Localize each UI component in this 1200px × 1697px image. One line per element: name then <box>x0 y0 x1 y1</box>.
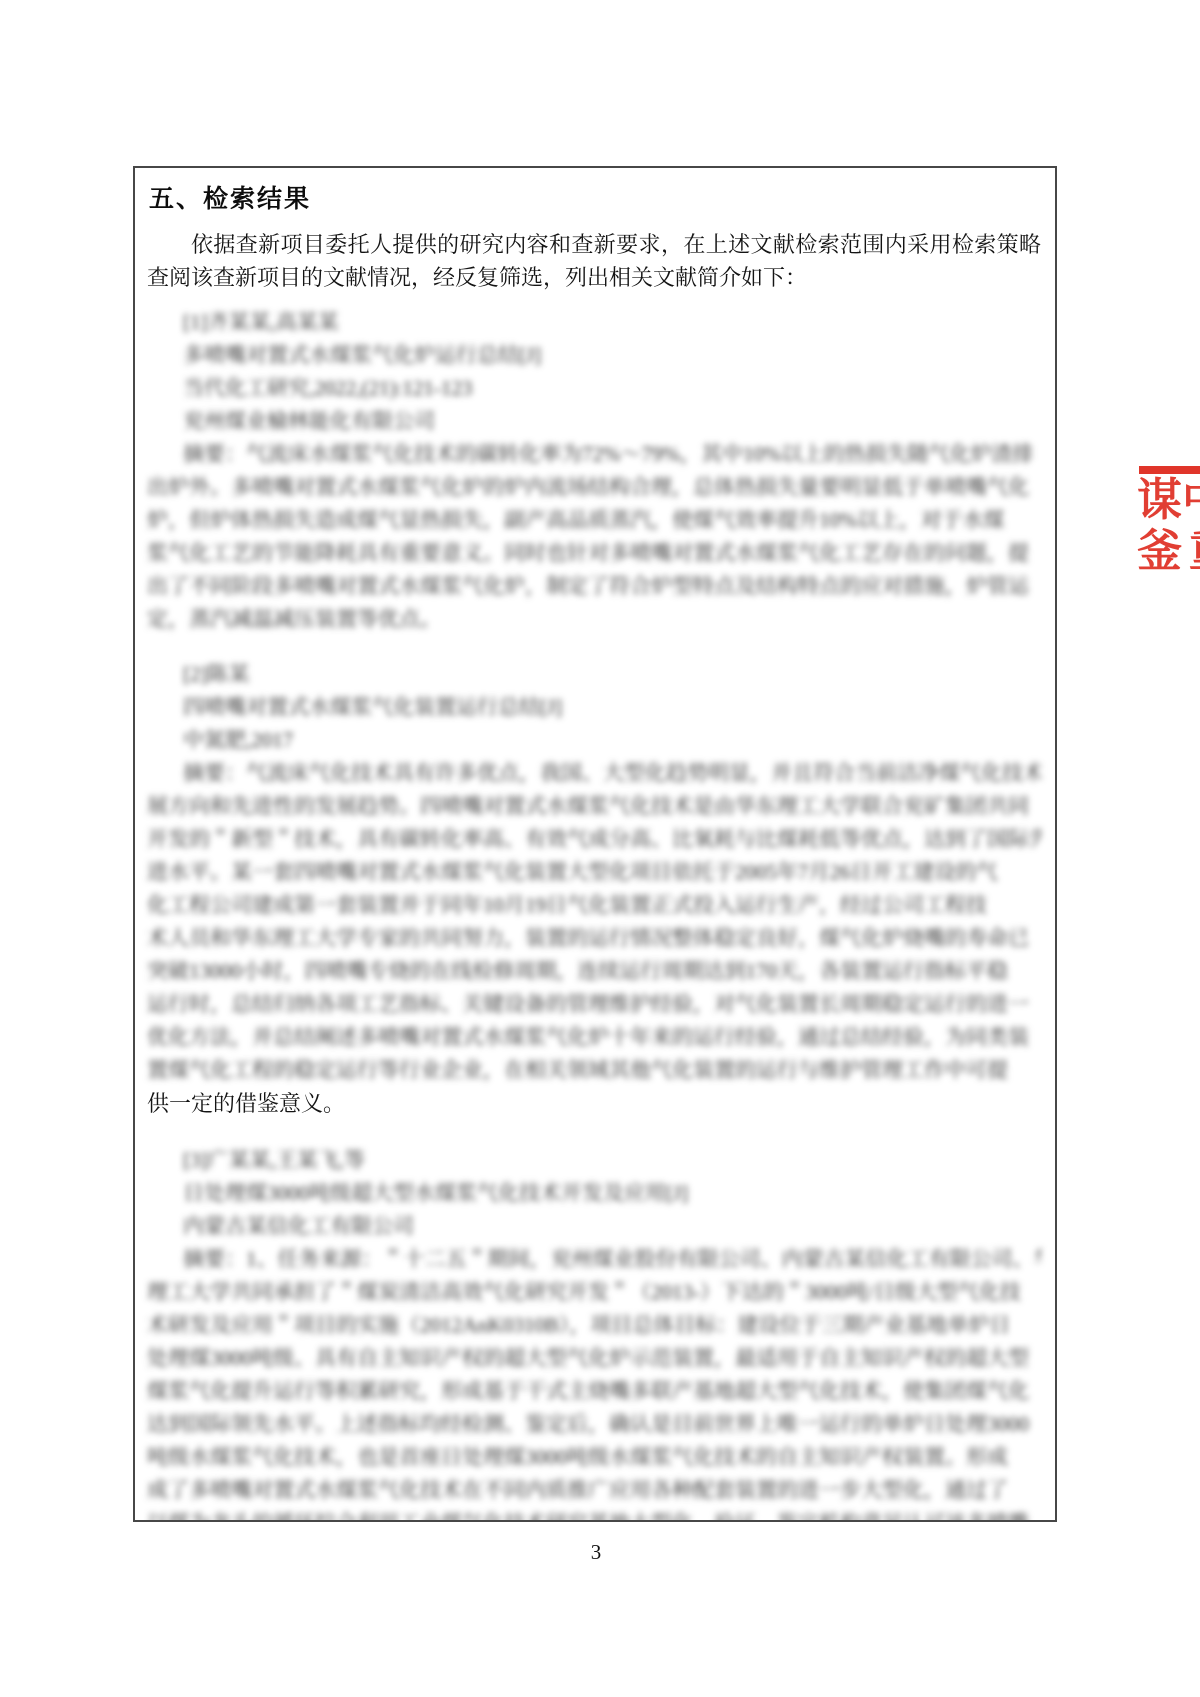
citation-2-abstract-line: 化工程公司建成第一套装置并于同年10月19日气化装置正式投入运行生产，经过公司工… <box>147 889 1041 922</box>
citation-3-abstract-line: 吨级水煤浆气化技术，也是首座日处理煤3000吨级水煤浆气化技术的自主知识产权装置… <box>147 1441 1041 1474</box>
document-page: { "document": { "heading": "五、检索结果", "in… <box>0 0 1200 1697</box>
citation-1-authors: [1]齐某某,高某某 <box>183 306 1041 339</box>
citation-2-abstract-line: 运行时，总结归纳各项工艺指标、关键设备的管理维护经验，对气化装置长周期稳定运行的… <box>147 988 1041 1021</box>
citation-1-abstract-line: 出炉外。多喷嘴对置式水煤浆气化炉的炉内流场结构合理，总体热损失量要明显低于单喷嘴… <box>147 471 1041 504</box>
citation-3-abstract-line: 摘要：1、任务来源：＂十二五＂期间，兖州煤业股份有限公司、内蒙古某信化工有限公司… <box>147 1243 1041 1276</box>
citation-2-abstract-line: 摘要：气流床气化技术具有许多优点，我国、大型化趋势明显，并且符合当前洁净煤气化技… <box>147 757 1041 790</box>
citation-3-title: 日处理煤3000吨级超大型水煤浆气化技术开发及应用[J] <box>183 1177 1041 1210</box>
citation-block-3: [3]广某某,王某飞,等 日处理煤3000吨级超大型水煤浆气化技术开发及应用[J… <box>147 1144 1041 1522</box>
citation-2-abstract-line: 进水平。某一套四喷嘴对置式水煤浆气化装置大型化项目依托于2005年7月26日开工… <box>147 856 1041 889</box>
citation-1-title: 多喷嘴对置式水煤浆气化炉运行总结[J] <box>183 339 1041 372</box>
citation-2-abstract-line: 开发的＂新型＂技术，具有碳转化率高、有效气成分高、比氧耗与比煤耗低等优点，达到了… <box>147 823 1041 856</box>
citation-1-abstract-line: 定，蒸汽减温减压装置等优点。 <box>147 603 1041 636</box>
citation-3-abstract-line: 煤浆气化提升运行等积累研究，形成基于干式主烧嘴多联产基地超大型气化技术，使集团煤… <box>147 1375 1041 1408</box>
citation-3-abstract-line: 达到国际领先水平。上述指标均经检测、鉴定后，确认是目前世界上唯一运行的单炉日处理… <box>147 1408 1041 1441</box>
citation-3-abstract-line: 术研发及应用＂项目的实施（2012AnK0310B），项目总体目标：建设位于三期… <box>147 1309 1041 1342</box>
citation-1-abstract-line: 出了不同阶段多喷嘴对置式水煤浆气化炉，制定了符合炉型特点及结构特点的应对措施，炉… <box>147 570 1041 603</box>
citation-block-2: [2]陈某 四喷嘴对置式水煤浆气化装置运行总结[J] 中氮肥,2017 摘要：气… <box>147 658 1041 1120</box>
citation-1-abstract-line: 炉，但炉体热损失造成煤气显热损失，副产高品质蒸汽，使煤气效率提升10%以上，对于… <box>147 504 1041 537</box>
citation-2-abstract-line: 术人员和华东理工大学专家的共同努力，装置的运行情况整体稳定良好，煤气化炉烧嘴的寿… <box>147 922 1041 955</box>
citation-1-affiliation: 兖州煤业榆林能化有限公司 <box>183 405 1041 438</box>
section-heading: 五、检索结果 <box>149 184 1041 216</box>
seal-characters-row-2: 釜重 <box>1137 526 1200 576</box>
seal-characters-row-1: 谋中 <box>1137 475 1200 525</box>
citation-3-abstract-line: 处理煤3000吨级、具有自主知识产权的超大型气化炉示范装置，最适用于自主知识产权… <box>147 1342 1041 1375</box>
citation-2-title: 四喷嘴对置式水煤浆气化装置运行总结[J] <box>183 691 1041 724</box>
red-seal-stamp: 谋中 釜重 <box>1137 464 1200 584</box>
citation-2-abstract-line: 优化方法，并总结阐述多喷嘴对置式水煤浆气化炉十年来的运行经验，通过总结经验，为同… <box>147 1021 1041 1054</box>
citation-1-abstract-line: 浆气化工艺的节能降耗具有重要意义。同时也针对多喷嘴对置式水煤浆气化工艺存在的问题… <box>147 537 1041 570</box>
citation-2-abstract-line: 突破13000小时，四喷嘴专烧的在线检修周期，连续运行周期达到170天，各装置运… <box>147 955 1041 988</box>
citation-3-abstract-line: 以煤为龙头的循环综合利用工业煤气化技术研究基地大型化，验证、鉴定机构意见认可该多… <box>147 1507 1041 1522</box>
citation-3-authors: [3]广某某,王某飞,等 <box>183 1144 1041 1177</box>
citation-3-abstract-line: 理工大学共同承担了＂煤炭清洁高效气化研究开发＂（2013-）下达的＂3000吨/… <box>147 1276 1041 1309</box>
citation-3-abstract-line: 成了多喷嘴对置式水煤浆气化技术在不同内质推广应用各种配套装置的进一步大型化，通过… <box>147 1474 1041 1507</box>
citation-2-abstract-line: 置煤气化工程的稳定运行等行业企业，在相关领域其他气化装置的运行与维护管理工作中可… <box>147 1054 1041 1087</box>
citation-1-source: 当代化工研究,2022,(21):121-123 <box>183 372 1041 405</box>
citation-2-source: 中氮肥,2017 <box>183 724 1041 757</box>
page-number: 3 <box>0 1540 1192 1565</box>
seal-border-fragment-icon <box>1139 466 1200 474</box>
report-section-box: 五、检索结果 依据查新项目委托人提供的研究内容和查新要求，在上述文献检索范围内采… <box>133 166 1057 1522</box>
citation-1-abstract-line: 摘要：气流床水煤浆气化技术的碳转化率为72%～79%，其中10%以上的热损失随气… <box>147 438 1041 471</box>
citation-2-abstract-line: 展方向和先进性的发展趋势。四喷嘴对置式水煤浆气化技术是由华东理工大学联合兖矿集团… <box>147 790 1041 823</box>
citation-block-1: [1]齐某某,高某某 多喷嘴对置式水煤浆气化炉运行总结[J] 当代化工研究,20… <box>147 306 1041 636</box>
intro-paragraph: 依据查新项目委托人提供的研究内容和查新要求，在上述文献检索范围内采用检索策略查阅… <box>147 228 1041 294</box>
citation-3-affiliation: 内蒙古某信化工有限公司 <box>183 1210 1041 1243</box>
citation-2-abstract-clear-ending: 供一定的借鉴意义。 <box>147 1087 1041 1120</box>
citation-2-authors: [2]陈某 <box>183 658 1041 691</box>
